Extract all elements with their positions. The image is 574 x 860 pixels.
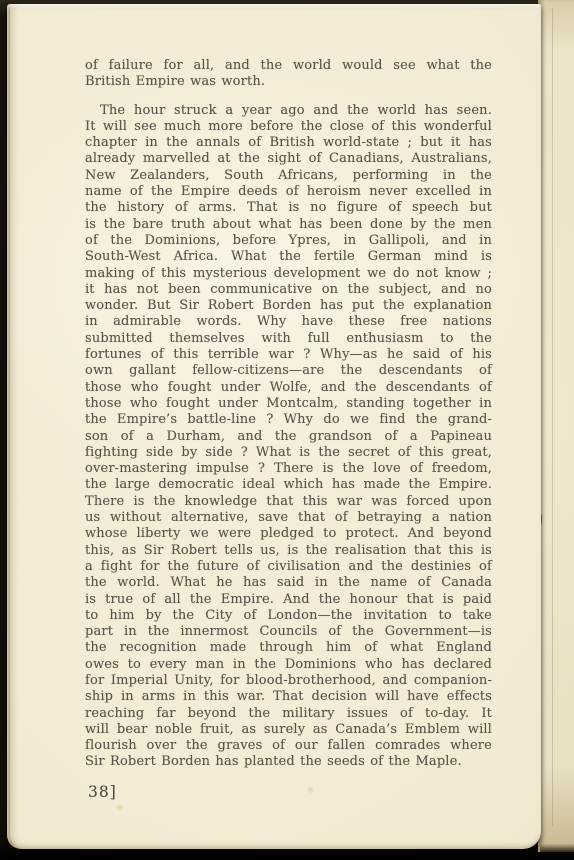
- text-line: submitted themselves with full enthusias…: [85, 331, 492, 347]
- text-line: the large democratic ideal which has mad…: [85, 477, 492, 493]
- text-line: the Empire’s battle-line ? Why do we fin…: [85, 412, 492, 428]
- text-line: own gallant fellow-citizens—are the desc…: [85, 363, 492, 379]
- text-line: making of this mysterious development we…: [85, 266, 492, 282]
- text-line: for Imperial Unity, for blood-brotherhoo…: [85, 673, 492, 689]
- text-line: it has not been communicative on the sub…: [85, 282, 492, 298]
- paragraph: of failure for all, and the world would …: [85, 58, 492, 91]
- text-line: The hour struck a year ago and the world…: [85, 103, 492, 119]
- text-line: over-mastering impulse ? There is the lo…: [85, 461, 492, 477]
- book-page: of failure for all, and the world would …: [7, 4, 541, 849]
- text-line: fortunes of this terrible war ? Why—as h…: [85, 347, 492, 363]
- page-text-block: of failure for all, and the world would …: [85, 58, 492, 771]
- text-line: British Empire was worth.: [85, 74, 492, 90]
- text-line: South-West Africa. What the fertile Germ…: [85, 249, 492, 265]
- page-stack-fore-edge: [538, 0, 574, 852]
- text-line: in admirable words. Why have these free …: [85, 314, 492, 330]
- text-line: son of a Durham, and the grandson of a P…: [85, 429, 492, 445]
- book-photo: of failure for all, and the world would …: [0, 0, 574, 860]
- text-line: part in the innermost Councils of the Go…: [85, 624, 492, 640]
- text-line: owes to every man in the Dominions who h…: [85, 657, 492, 673]
- text-line: ship in arms in this war. That decision …: [85, 689, 492, 705]
- text-line: flourish over the graves of our fallen c…: [85, 738, 492, 754]
- text-line: of the Dominions, before Ypres, in Galli…: [85, 233, 492, 249]
- text-line: of failure for all, and the world would …: [85, 58, 492, 74]
- text-line: is the bare truth about what has been do…: [85, 217, 492, 233]
- text-line: already marvelled at the sight of Canadi…: [85, 151, 492, 167]
- text-line: a fight for the future of civilisation a…: [85, 559, 492, 575]
- text-line: It will see much more before the close o…: [85, 119, 492, 135]
- text-line: There is the knowledge that this war was…: [85, 494, 492, 510]
- text-line: New Zealanders, South Africans, performi…: [85, 168, 492, 184]
- text-line: fighting side by side ? What is the secr…: [85, 445, 492, 461]
- text-line: this, as Sir Robert tells us, is the rea…: [85, 543, 492, 559]
- text-line: us without alternative, save that of bet…: [85, 510, 492, 526]
- paragraph: The hour struck a year ago and the world…: [85, 103, 492, 771]
- text-line: wonder. But Sir Robert Borden has put th…: [85, 298, 492, 314]
- text-line: reaching far beyond the military issues …: [85, 706, 492, 722]
- text-line: to him by the City of London—the invitat…: [85, 608, 492, 624]
- paper-stain: [115, 804, 124, 811]
- text-line: Sir Robert Borden has planted the seeds …: [85, 754, 492, 770]
- text-line: name of the Empire deeds of heroism neve…: [85, 184, 492, 200]
- text-line: chapter in the annals of British world-s…: [85, 135, 492, 151]
- text-line: will bear noble fruit, as surely as Cana…: [85, 722, 492, 738]
- paper-stain: [307, 787, 314, 793]
- text-line: those who fought under Montcalm, standin…: [85, 396, 492, 412]
- page-number: 38]: [88, 783, 117, 801]
- text-line: the world. What he has said in the name …: [85, 575, 492, 591]
- page-edge-crease: [552, 8, 553, 826]
- text-line: whose liberty we were pledged to protect…: [85, 526, 492, 542]
- text-line: those who fought under Wolfe, and the de…: [85, 380, 492, 396]
- text-line: the recognition made through him of what…: [85, 640, 492, 656]
- text-line: the history of arms. That is no figure o…: [85, 200, 492, 216]
- text-line: is true of all the Empire. And the honou…: [85, 592, 492, 608]
